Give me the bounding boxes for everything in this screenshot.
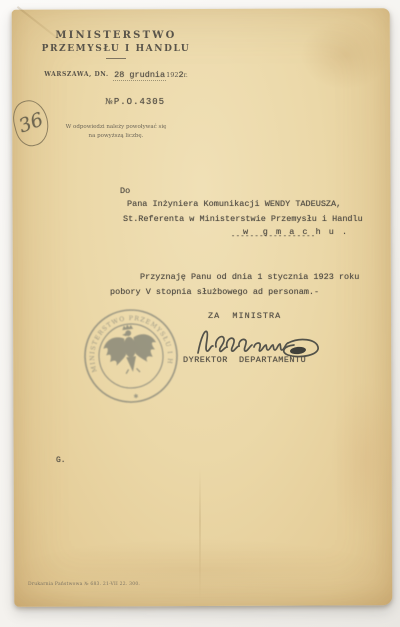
seal-ring-text-holder: MINISTERSTWO PRZEMYSŁU I HANDLU bbox=[76, 301, 174, 376]
numero-sign: № bbox=[105, 97, 114, 106]
addressee-line1: Pana Inżyniera Komunikacji WENDY TADEUSZ… bbox=[127, 199, 341, 209]
paper-crease bbox=[199, 468, 201, 600]
ministry-seal-stamp: MINISTERSTWO PRZEMYSŁU I HANDLU ✱ bbox=[76, 301, 185, 410]
pencil-number: 36 bbox=[16, 109, 46, 138]
seal-bottom-star: ✱ bbox=[133, 393, 139, 401]
salutation-to: Do bbox=[120, 186, 130, 196]
printer-imprint: Drukarnia Państwowa № 683. 21-VII 22. 30… bbox=[28, 581, 140, 586]
printed-year-prefix: 192 bbox=[166, 71, 178, 79]
ink-blot bbox=[290, 346, 307, 355]
typed-date: 28 grudnia bbox=[113, 70, 166, 81]
ministry-name-line1: MINISTERSTWO bbox=[30, 30, 202, 41]
director-title: DYREKTOR DEPARTAMENTU bbox=[183, 355, 306, 365]
seal-ring-text: MINISTERSTWO PRZEMYSŁU I HANDLU bbox=[76, 301, 174, 376]
year-suffix: r. bbox=[184, 72, 188, 79]
reference-number: P.O.4305 bbox=[114, 97, 165, 107]
date-line: WARSZAWA, DN. 28 grudnia1922r. bbox=[30, 64, 202, 82]
letterhead: MINISTERSTWO PRZEMYSŁU I HANDLU WARSZAWA… bbox=[30, 30, 202, 140]
letterhead-rule bbox=[106, 58, 126, 59]
letterhead-note: W odpowiedzi należy powoływać się na pow… bbox=[30, 123, 202, 140]
addressee-line2: St.Referenta w Ministerstwie Przemysłu i… bbox=[123, 214, 363, 224]
ministry-name-line2: PRZEMYSŁU I HANDLU bbox=[30, 44, 202, 54]
scanned-document-page: MINISTERSTWO PRZEMYSŁU I HANDLU WARSZAWA… bbox=[0, 0, 400, 627]
seal-icon: MINISTERSTWO PRZEMYSŁU I HANDLU ✱ bbox=[76, 301, 185, 410]
dashed-underline: ------------------ bbox=[231, 233, 316, 241]
note-line1: W odpowiedzi należy powoływać się bbox=[30, 123, 202, 132]
note-line2: na powyższą liczbę. bbox=[30, 132, 202, 141]
margin-letter: G. bbox=[56, 456, 66, 465]
body-line1: Przyznaję Panu od dnia 1 stycznia 1923 r… bbox=[140, 272, 359, 282]
body-line2: pobory V stopnia służbowego ad personam.… bbox=[110, 287, 319, 297]
place-label: WARSZAWA, DN. bbox=[44, 71, 108, 78]
reference-number-line: №P.O.4305 bbox=[30, 87, 202, 117]
